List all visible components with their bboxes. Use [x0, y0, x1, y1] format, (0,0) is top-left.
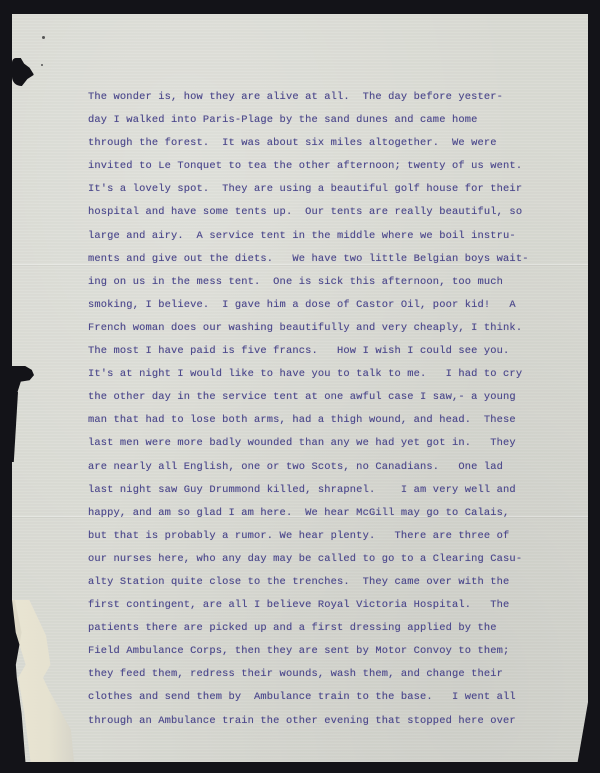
text-line: day I walked into Paris-Plage by the san… [88, 109, 588, 132]
text-line: smoking, I believe. I gave him a dose of… [88, 294, 588, 317]
text-line: alty Station quite close to the trenches… [88, 571, 588, 594]
text-line: The wonder is, how they are alive at all… [88, 86, 588, 109]
text-line: happy, and am so glad I am here. We hear… [88, 502, 588, 525]
text-line: through the forest. It was about six mil… [88, 132, 588, 155]
text-line: It's at night I would like to have you t… [88, 363, 588, 386]
text-line: the other day in the service tent at one… [88, 386, 588, 409]
text-line: invited to Le Tonquet to tea the other a… [88, 155, 588, 178]
text-line: last night saw Guy Drummond killed, shra… [88, 479, 588, 502]
text-line: man that had to lose both arms, had a th… [88, 409, 588, 432]
text-line: last men were more badly wounded than an… [88, 432, 588, 455]
text-line: ing on us in the mess tent. One is sick … [88, 271, 588, 294]
paper-speck [42, 36, 45, 39]
text-line: ments and give out the diets. We have tw… [88, 248, 588, 271]
text-line: hospital and have some tents up. Our ten… [88, 201, 588, 224]
text-line: Field Ambulance Corps, then they are sen… [88, 640, 588, 663]
text-line: It's a lovely spot. They are using a bea… [88, 178, 588, 201]
torn-edge [12, 366, 34, 392]
text-line: The most I have paid is five francs. How… [88, 340, 588, 363]
paper-sheet: The wonder is, how they are alive at all… [12, 14, 588, 762]
text-line: first contingent, are all I believe Roya… [88, 594, 588, 617]
text-line: clothes and send them by Ambulance train… [88, 686, 588, 709]
text-line: patients there are picked up and a first… [88, 617, 588, 640]
letter-body: The wonder is, how they are alive at all… [88, 86, 588, 733]
text-line: but that is probably a rumor. We hear pl… [88, 525, 588, 548]
text-line: through an Ambulance train the other eve… [88, 710, 588, 733]
torn-edge [12, 58, 34, 86]
paper-speck [41, 64, 43, 66]
text-line: they feed them, redress their wounds, wa… [88, 663, 588, 686]
torn-edge [12, 392, 18, 462]
text-line: are nearly all English, one or two Scots… [88, 456, 588, 479]
text-line: our nurses here, who any day may be call… [88, 548, 588, 571]
scanned-document: The wonder is, how they are alive at all… [0, 0, 600, 773]
text-line: large and airy. A service tent in the mi… [88, 225, 588, 248]
text-line: French woman does our washing beautifull… [88, 317, 588, 340]
